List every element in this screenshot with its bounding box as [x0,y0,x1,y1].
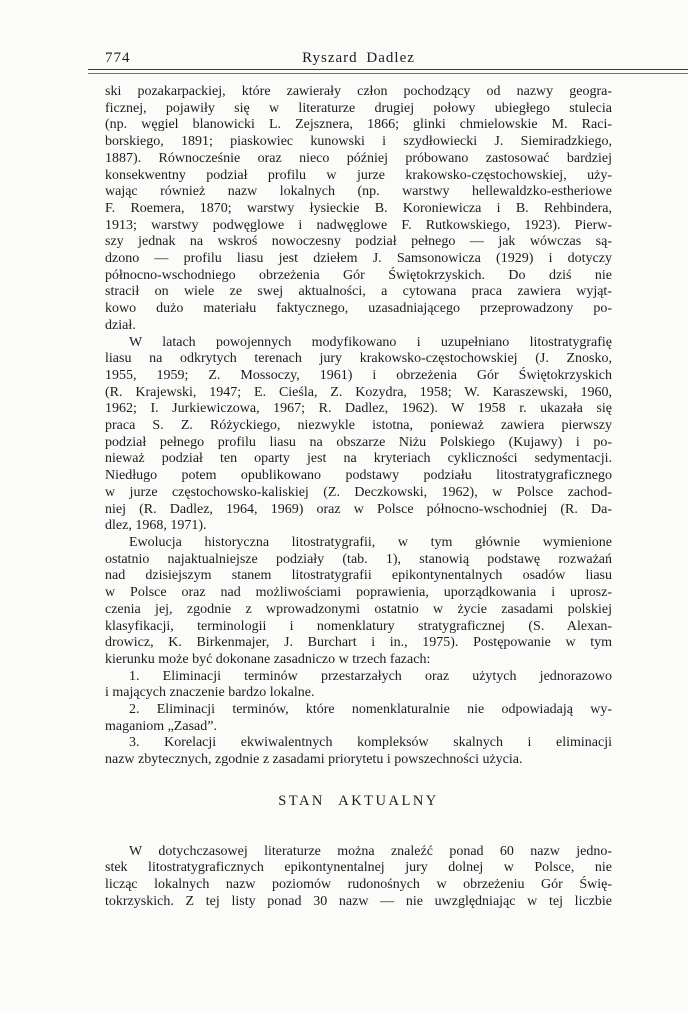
text-line: W latach powojennych modyfikowano i uzup… [105,335,612,352]
text-line: tokrzyskich. Z tej listy ponad 30 nazw —… [105,894,612,911]
text-line: 1913; warstwy podwęglowe i nadwęglowe F.… [105,218,612,235]
paragraph: W dotychczasowej literaturze można znale… [105,844,612,911]
text-line: dzono — profilu liasu jest dziełem J. Sa… [105,251,612,268]
text-line: w Polsce oraz nad możliwościami poprawie… [105,585,612,602]
text-line: dlez, 1968, 1971). [105,518,612,535]
text-line: (np. węgiel blanowicki L. Zejsznera, 186… [105,117,612,134]
text-line: licząc lokalnych nazw poziomów rudonośny… [105,877,612,894]
text-line: konsekwentny podział profilu w jurze kra… [105,168,612,185]
text-line: podział pełnego profilu liasu na obszarz… [105,435,612,452]
paragraph: W latach powojennych modyfikowano i uzup… [105,335,612,535]
text-line: kowo dużo materiału faktycznego, uzasadn… [105,301,612,318]
text-line: 1962; I. Jurkiewiczowa, 1967; R. Dadlez,… [105,401,612,418]
article-body: ski pozakarpackiej, które zawierały czło… [105,84,612,910]
text-line: Niedługo potem opublikowano podstawy pod… [105,468,612,485]
running-head: Ryszard Dadlez [105,50,612,67]
text-line: 3. Korelacji ekwiwalentnych kompleksów s… [105,735,612,752]
text-line: 2. Eliminacji terminów, które nomenklatu… [105,702,612,719]
text-line: nieważ podział ten oparty jest na kryter… [105,451,612,468]
scanned-paper-page: 774 Ryszard Dadlez ski pozakarpackiej, k… [0,0,688,1012]
paragraph: ski pozakarpackiej, które zawierały czło… [105,84,612,335]
text-line: stracił on wiele ze swej aktualności, a … [105,284,612,301]
text-line: 1. Eliminacji terminów przestarzałych or… [105,669,612,686]
text-line: borskiego, 1891; piaskowiec kunowski i s… [105,134,612,151]
paragraph: Ewolucja historyczna litostratygrafii, w… [105,535,612,669]
text-line: nad dzisiejszym stanem litostratygrafii … [105,568,612,585]
text-line: w jurze częstochowsko-kaliskiej (Z. Decz… [105,485,612,502]
text-line: Ewolucja historyczna litostratygrafii, w… [105,535,612,552]
list-item: 3. Korelacji ekwiwalentnych kompleksów s… [105,735,612,768]
text-line: szy jednak na wskroś nowoczesny podział … [105,234,612,251]
header-rule [88,69,688,74]
text-line: nazw zbytecznych, zgodnie z zasadami pri… [105,752,612,769]
text-line: 1955, 1959; Z. Mossoczy, 1961) i obrzeże… [105,368,612,385]
text-line: dział. [105,318,612,335]
text-line: F. Roemera, 1870; warstwy łysieckie B. K… [105,201,612,218]
text-line: ficznej, pojawiły się w literaturze drug… [105,101,612,118]
text-line: wając również nazw lokalnych (np. warstw… [105,184,612,201]
text-line: i mających znaczenie bardzo lokalne. [105,685,612,702]
text-line: stek litostratygraficznych epikontynenta… [105,860,612,877]
text-line: północno-wschodniego obrzeżenia Gór Świę… [105,268,612,285]
text-line: niej (R. Dadlez, 1964, 1969) oraz w Pols… [105,502,612,519]
text-line: liasu na odkrytych terenach jury krakows… [105,351,612,368]
list-item: 1. Eliminacji terminów przestarzałych or… [105,669,612,702]
text-line: praca S. Z. Różyckiego, niezwykle istotn… [105,418,612,435]
page-header: 774 Ryszard Dadlez [105,50,612,68]
section-heading: STAN AKTUALNY [105,793,612,810]
text-line: czenia jej, zgodnie z wprowadzonymi osta… [105,602,612,619]
text-line: maganiom „Zasad”. [105,719,612,736]
text-line: W dotychczasowej literaturze można znale… [105,844,612,861]
list-item: 2. Eliminacji terminów, które nomenklatu… [105,702,612,735]
text-line: ski pozakarpackiej, które zawierały czło… [105,84,612,101]
text-line: kierunku może być dokonane zasadniczo w … [105,652,612,669]
text-line: drowicz, K. Birkenmajer, J. Burchart i i… [105,635,612,652]
text-line: klasyfikacji, terminologii i nomenklatur… [105,619,612,636]
text-line: (R. Krajewski, 1947; E. Cieśla, Z. Kozyd… [105,385,612,402]
text-line: 1887). Równocześnie oraz nieco później p… [105,151,612,168]
text-line: ostatnio najaktualniejsze podziały (tab.… [105,552,612,569]
